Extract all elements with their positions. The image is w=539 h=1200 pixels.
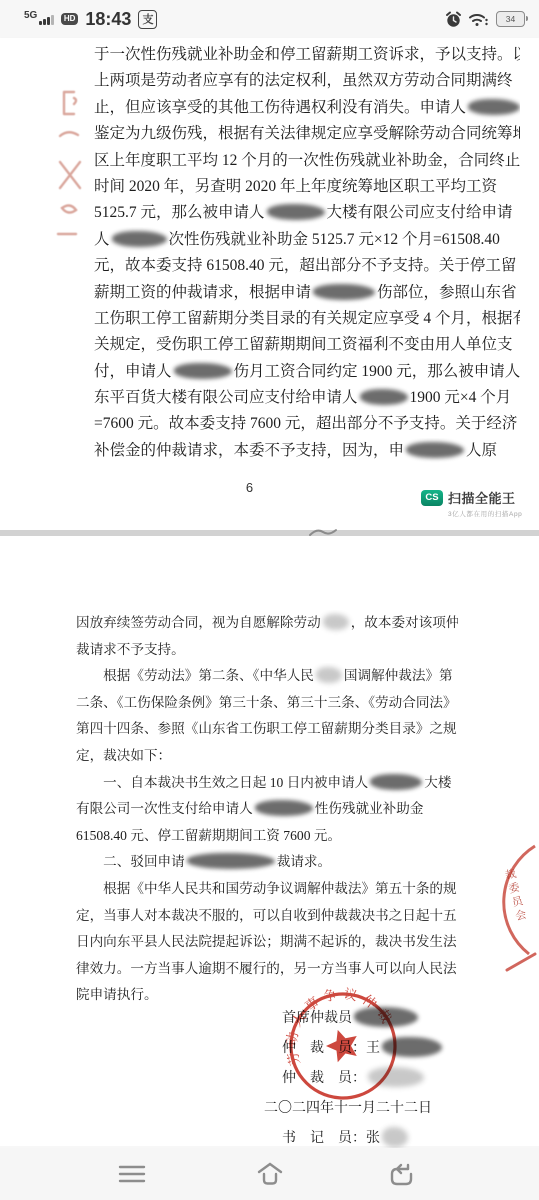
battery-level: 34 xyxy=(506,14,515,24)
redaction-scribble xyxy=(112,231,167,247)
text-line: 元，故本委支持 61508.40 元，超出部分不予支持。关于停工留 xyxy=(94,253,520,279)
redaction-scribble xyxy=(316,667,342,683)
text-line: 定，当事人对本裁决不服的，可以自收到仲裁裁决书之日起十五 xyxy=(76,903,458,930)
redaction-scribble xyxy=(370,774,422,790)
status-time: 18:43 xyxy=(85,9,131,30)
red-edge-stamp-marks xyxy=(50,76,90,256)
battery-icon: 34 xyxy=(496,11,525,27)
text-line: =7600 元。故本委支持 7600 元，超出部分不予支持。关于经济 xyxy=(94,411,520,437)
edge-seal: 裁委员会 xyxy=(477,842,539,974)
text-line: 二、驳回申请裁请求。 xyxy=(76,849,458,876)
document-scroll-view[interactable]: 于一次性伤残就业补助金和停工留薪期工资诉求，予以支持。以上两项是劳动者应享有的法… xyxy=(0,38,539,1146)
document-page-6: 于一次性伤残就业补助金和停工留薪期工资诉求，予以支持。以上两项是劳动者应享有的法… xyxy=(0,38,539,530)
home-button[interactable] xyxy=(240,1148,300,1200)
page2-text: 因放弃续签劳动合同，视为自愿解除劳动，故本委对该项仲裁请求不予支持。 根据《劳动… xyxy=(76,610,458,1009)
text-line: 鉴定为九级伤残，根据有关法律规定应享受解除劳动合同统筹地 xyxy=(94,121,520,147)
text-line: 二条、《工伤保险条例》第三十条、第三十三条、《劳动合同法》 xyxy=(76,690,458,717)
text-line: 定，裁决如下： xyxy=(76,743,458,770)
text-line: 有限公司一次性支付给申请人性伤残就业补助金 xyxy=(76,796,458,823)
official-round-seal: 劳动人事争议仲裁 xyxy=(281,984,405,1108)
text-line: 时间 2020 年，另查明 2020 年上年度统筹地区职工平均工资 xyxy=(94,174,520,200)
text-line: 上两项是劳动者应享有的法定权利，虽然双方劳动合同期满终 xyxy=(94,68,520,94)
back-icon xyxy=(385,1160,415,1188)
redaction-scribble xyxy=(406,442,464,458)
text-line: 付，申请人伤月工资合同约定 1900 元，那么被申请人 xyxy=(94,359,520,385)
redaction-scribble xyxy=(323,614,349,630)
text-line: 补偿金的仲裁请求，本委不予支持，因为，申人原 xyxy=(94,438,520,464)
redaction-scribble xyxy=(382,1127,408,1147)
watermark-title: 扫描全能王 xyxy=(448,488,516,507)
status-bar: 5G HD 18:43 支 34 xyxy=(0,0,539,38)
camscanner-logo-icon: CS xyxy=(421,490,443,506)
redaction-scribble xyxy=(468,99,520,115)
redaction-scribble xyxy=(313,284,375,300)
text-line: 61508.40 元、停工留薪期期间工资 7600 元。 xyxy=(76,823,458,850)
text-line: 因放弃续签劳动合同，视为自愿解除劳动，故本委对该项仲 xyxy=(76,610,458,637)
redaction-scribble xyxy=(187,853,275,869)
camscanner-watermark: CS 扫描全能王 3亿人都在用的扫描App xyxy=(421,488,531,518)
cellular-signal-icon: 5G xyxy=(24,14,54,25)
text-line: 薪期工资的仲裁请求，根据申请伤部位，参照山东省 xyxy=(94,280,520,306)
redaction-scribble xyxy=(360,389,408,405)
text-line: 区上年度职工平均 12 个月的一次性伤残就业补助金，合同终止 xyxy=(94,148,520,174)
menu-icon xyxy=(117,1160,147,1188)
text-line: 工伤职工停工留薪期分类目录的有关规定应享受 4 个月，根据有 xyxy=(94,306,520,332)
network-type-label: 5G xyxy=(24,10,37,21)
document-page-7: 因放弃续签劳动合同，视为自愿解除劳动，故本委对该项仲裁请求不予支持。 根据《劳动… xyxy=(0,536,539,1146)
wifi-icon xyxy=(469,12,489,27)
text-line: 人次性伤残就业补助金 5125.7 元×12 个月=61508.40 xyxy=(94,227,520,253)
text-line: 裁请求不予支持。 xyxy=(76,637,458,664)
android-nav-bar xyxy=(0,1148,539,1200)
text-line: 根据《劳动法》第二条、《中华人民国调解仲裁法》第 xyxy=(76,663,458,690)
redaction-scribble xyxy=(174,363,232,379)
text-line: 律效力。一方当事人逾期不履行的，另一方当事人可以向人民法 xyxy=(76,956,458,983)
text-line: 日内向东平县人民法院提起诉讼；期满不起诉的，裁决书发生法 xyxy=(76,929,458,956)
text-line: 第四十四条、参照《山东省工伤职工停工留薪期分类目录》之规 xyxy=(76,716,458,743)
redaction-scribble xyxy=(267,204,325,220)
alarm-clock-icon xyxy=(445,11,462,28)
text-line: 5125.7 元，那么被申请人大楼有限公司应支付给申请 xyxy=(94,200,520,226)
alipay-notification-icon: 支 xyxy=(138,10,157,29)
text-line: 于一次性伤残就业补助金和停工留薪期工资诉求，予以支持。以 xyxy=(94,42,520,68)
watermark-tagline: 3亿人都在用的扫描App xyxy=(448,509,531,518)
recents-menu-button[interactable] xyxy=(102,1148,162,1200)
text-line: 止，但应该享受的其他工伤待遇权利没有消失。申请人 xyxy=(94,95,520,121)
redaction-scribble xyxy=(255,800,313,816)
page1-text: 于一次性伤残就业补助金和停工留薪期工资诉求，予以支持。以上两项是劳动者应享有的法… xyxy=(94,42,520,464)
phone-screen: 5G HD 18:43 支 34 xyxy=(0,0,539,1200)
text-line: 根据《中华人民共和国劳动争议调解仲裁法》第五十条的规 xyxy=(76,876,458,903)
back-button[interactable] xyxy=(370,1148,430,1200)
text-line: 关规定，受伤职工停工留薪期期间工资福利不变由用人单位支 xyxy=(94,332,520,358)
text-line: 东平百货大楼有限公司应支付给申请人1900 元×4 个月 xyxy=(94,385,520,411)
hd-volte-icon: HD xyxy=(61,13,79,25)
text-line: 一、自本裁决书生效之日起 10 日内被申请人大楼 xyxy=(76,770,458,797)
home-icon xyxy=(255,1160,285,1188)
